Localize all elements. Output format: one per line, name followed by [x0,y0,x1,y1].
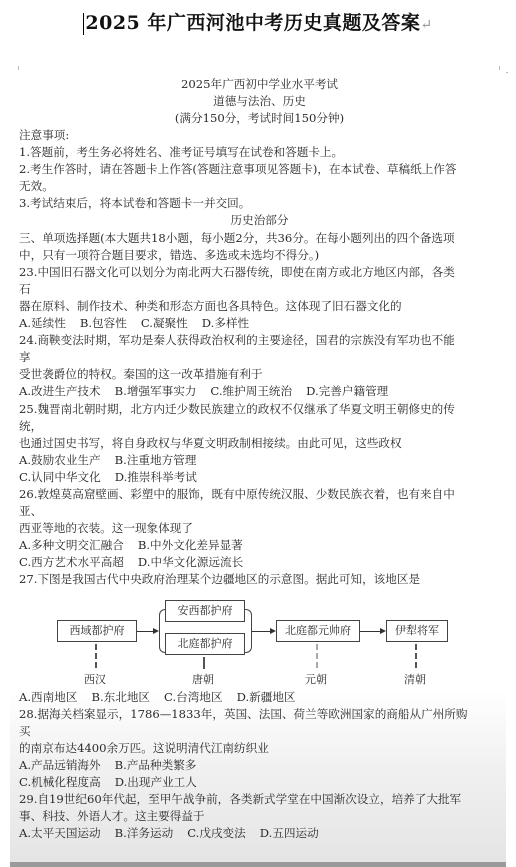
question-options: C.西方艺术水平高超D.中华文化源远流长 [19,554,500,571]
option-d: D.五四运动 [260,825,319,842]
era-label-tang: 唐朝 [192,671,214,688]
option-b: B.洋务运动 [115,825,174,842]
section-intro: 三、单项选择题(本大题共18小题，每小题2分，共36分。在每小题列出的四个备选项 [19,230,500,247]
option-a: A.改进生产技术 [19,383,101,400]
question-stem: 事、科技、外语人才。这主要得益于 [19,808,500,825]
question-options: A.西南地区B.东北地区C.台湾地区D.新疆地区 [19,689,500,706]
brace-right [245,609,252,653]
notice-line: 1.答题前，考生务必将姓名、准考证号填写在试卷和答题卡上。 [19,144,500,161]
option-a: A.鼓励农业生产 [19,452,101,469]
question-24: 24.商鞅变法时期，军功是秦人获得政治权利的主要途径，国君的宗族没有军功也不能 … [19,332,500,400]
exam-meta: (满分150分，考试时间150分钟) [19,110,500,127]
option-c: C.维护周王统治 [210,383,292,400]
option-a: A.延续性 [19,315,66,332]
box-beiting-protectorate: 北庭都护府 [165,633,245,655]
option-b: B.注重地方管理 [115,452,197,469]
arrow-right-icon [360,631,384,633]
question-stem: 石 [19,281,500,298]
era-label-qing: 清朝 [404,671,426,688]
dashed-connector [316,644,318,668]
scan-bottom-edge [10,862,506,867]
question-stem: 统， [19,418,500,435]
option-c: C.西方艺术水平高超 [19,554,124,571]
option-d: D.中华文化源远流长 [138,554,243,571]
question-stem: 西亚等地的衣装。这一现象体现了 [19,520,500,537]
document-title-text: 2025 年广西河池中考历史真题及答案 [85,12,420,34]
question-28: 28.据海关档案显示，1786—1833年，英国、法国、荷兰等欧洲国家的商船从广… [19,706,500,791]
question-27: 27.下图是我国古代中央政府治理某个边疆地区的示意图。据此可知，该地区是 西域都… [19,571,500,705]
option-c: C.台湾地区 [164,689,223,706]
question-options: A.太平天国运动B.洋务运动C.戊戌变法D.五四运动 [19,825,500,842]
dashed-connector [95,644,97,668]
question-stem: 亚、 [19,503,500,520]
notice-line: 无效。 [19,178,500,195]
era-label-western-han: 西汉 [84,671,106,688]
section-title: 历史治部分 [19,212,500,229]
question-stem: 27.下图是我国古代中央政府治理某个边疆地区的示意图。据此可知，该地区是 [19,571,500,588]
era-label-yuan: 元朝 [305,671,327,688]
question-stem: 29.自19世纪60年代起，至甲午战争前，各类新式学堂在中国渐次设立，培养了大批… [19,791,500,808]
notice-line: 3.考试结束后，将本试卷和答题卡一并交回。 [19,195,500,212]
option-a: A.太平天国运动 [19,825,101,842]
question-stem: 买 [19,723,500,740]
question-options: A.产品远销海外B.产品种类繁多 [19,757,500,774]
notice-title: 注意事项: [19,127,500,144]
question-stem: 享 [19,349,500,366]
question-29: 29.自19世纪60年代起，至甲午战争前，各类新式学堂在中国渐次设立，培养了大批… [19,791,500,842]
frontier-governance-diagram: 西域都护府 安西都护府 北庭都护府 北庭都元帅府 伊犁将军 西汉 唐朝 元朝 清… [19,595,500,687]
option-b: B.产品种类繁多 [115,757,197,774]
question-stem: 24.商鞅变法时期，军功是秦人获得政治权利的主要途径，国君的宗族没有军功也不能 [19,332,500,349]
option-d: D.完善户籍管理 [306,383,388,400]
exam-heading: 2025年广西初中学业水平考试 [19,76,500,93]
question-options: C.机械化程度高D.出现产业工人 [19,774,500,791]
arrow-right-icon [137,631,157,633]
question-stem: 也通过国史书写，将自身政权与华夏文明政制相接续。由此可见，这些政权 [19,435,500,452]
question-options: A.鼓励农业生产B.注重地方管理 [19,452,500,469]
option-a: A.多种文明交汇融合 [19,537,124,554]
box-anxi-protectorate: 安西都护府 [165,600,245,622]
option-c: C.认同中华文化 [19,469,101,486]
question-stem: 受世袭爵位的特权。秦国的这一改革措施有利于 [19,366,500,383]
box-beiting-marshal: 北庭都元帅府 [276,620,360,642]
question-stem: 器在原料、制作技术、种类和形态方面也各具特色。这体现了旧石器文化的 [19,298,500,315]
option-b: B.东北地区 [91,689,150,706]
option-a: A.产品远销海外 [19,757,101,774]
question-options: C.认同中华文化D.推崇科举考试 [19,469,500,486]
question-options: A.延续性B.包容性C.凝聚性D.多样性 [19,315,500,332]
question-stem: 26.敦煌莫高窟壁画、彩塑中的服饰，既有中原传统汉服、少数民族衣着，也有来自中 [19,486,500,503]
option-d: D.出现产业工人 [115,774,197,791]
option-b: B.增强军事实力 [115,383,197,400]
question-stem: 的南京布达4400余万匹。这说明清代江南纺织业 [19,740,500,757]
option-b: B.中外文化差异显著 [138,537,243,554]
scanned-exam-image: 2025年广西初中学业水平考试 道德与法治、历史 (满分150分，考试时间150… [10,70,506,867]
option-d: D.推崇科举考试 [115,469,197,486]
question-options: A.改进生产技术B.增强军事实力C.维护周王统治D.完善户籍管理 [19,383,500,400]
option-d: D.多样性 [202,315,249,332]
option-d: D.新疆地区 [237,689,296,706]
question-25: 25.魏晋南北朝时期，北方内迁少数民族建立的政权不仅继承了华夏文明王朝修史的传 … [19,401,500,486]
option-a: A.西南地区 [19,689,77,706]
question-26: 26.敦煌莫高窟壁画、彩塑中的服饰，既有中原传统汉服、少数民族衣着，也有来自中 … [19,486,500,571]
section-intro: 中，只有一项符合题目要求，错选、多选或未选均不得分。) [19,247,500,264]
dashed-connector [415,644,417,668]
question-23: 23.中国旧石器文化可以划分为南北两大石器传统，即使在南方或北方地区内部，各类 … [19,264,500,332]
option-c: C.机械化程度高 [19,774,101,791]
notice-line: 2.考生作答时，请在答题卡上作答(答题注意事项见答题卡)，在本试卷、草稿纸上作答 [19,161,500,178]
question-stem: 25.魏晋南北朝时期，北方内迁少数民族建立的政权不仅继承了华夏文明王朝修史的传 [19,401,500,418]
box-xiyu-protectorate: 西域都护府 [57,620,137,642]
box-yili-general: 伊犁将军 [386,620,448,642]
dashed-connector [203,657,205,669]
option-c: C.戊戌变法 [187,825,246,842]
question-options: A.多种文明交汇融合B.中外文化差异显著 [19,537,500,554]
paragraph-mark-icon: ↵ [420,17,432,33]
arrow-right-icon [252,631,274,633]
exam-subject: 道德与法治、历史 [19,93,500,110]
question-stem: 23.中国旧石器文化可以划分为南北两大石器传统，即使在南方或北方地区内部，各类 [19,264,500,281]
question-stem: 28.据海关档案显示，1786—1833年，英国、法国、荷兰等欧洲国家的商船从广… [19,706,500,723]
option-c: C.凝聚性 [141,315,188,332]
option-b: B.包容性 [80,315,127,332]
document-title[interactable]: 2025 年广西河池中考历史真题及答案↵ [0,8,516,35]
